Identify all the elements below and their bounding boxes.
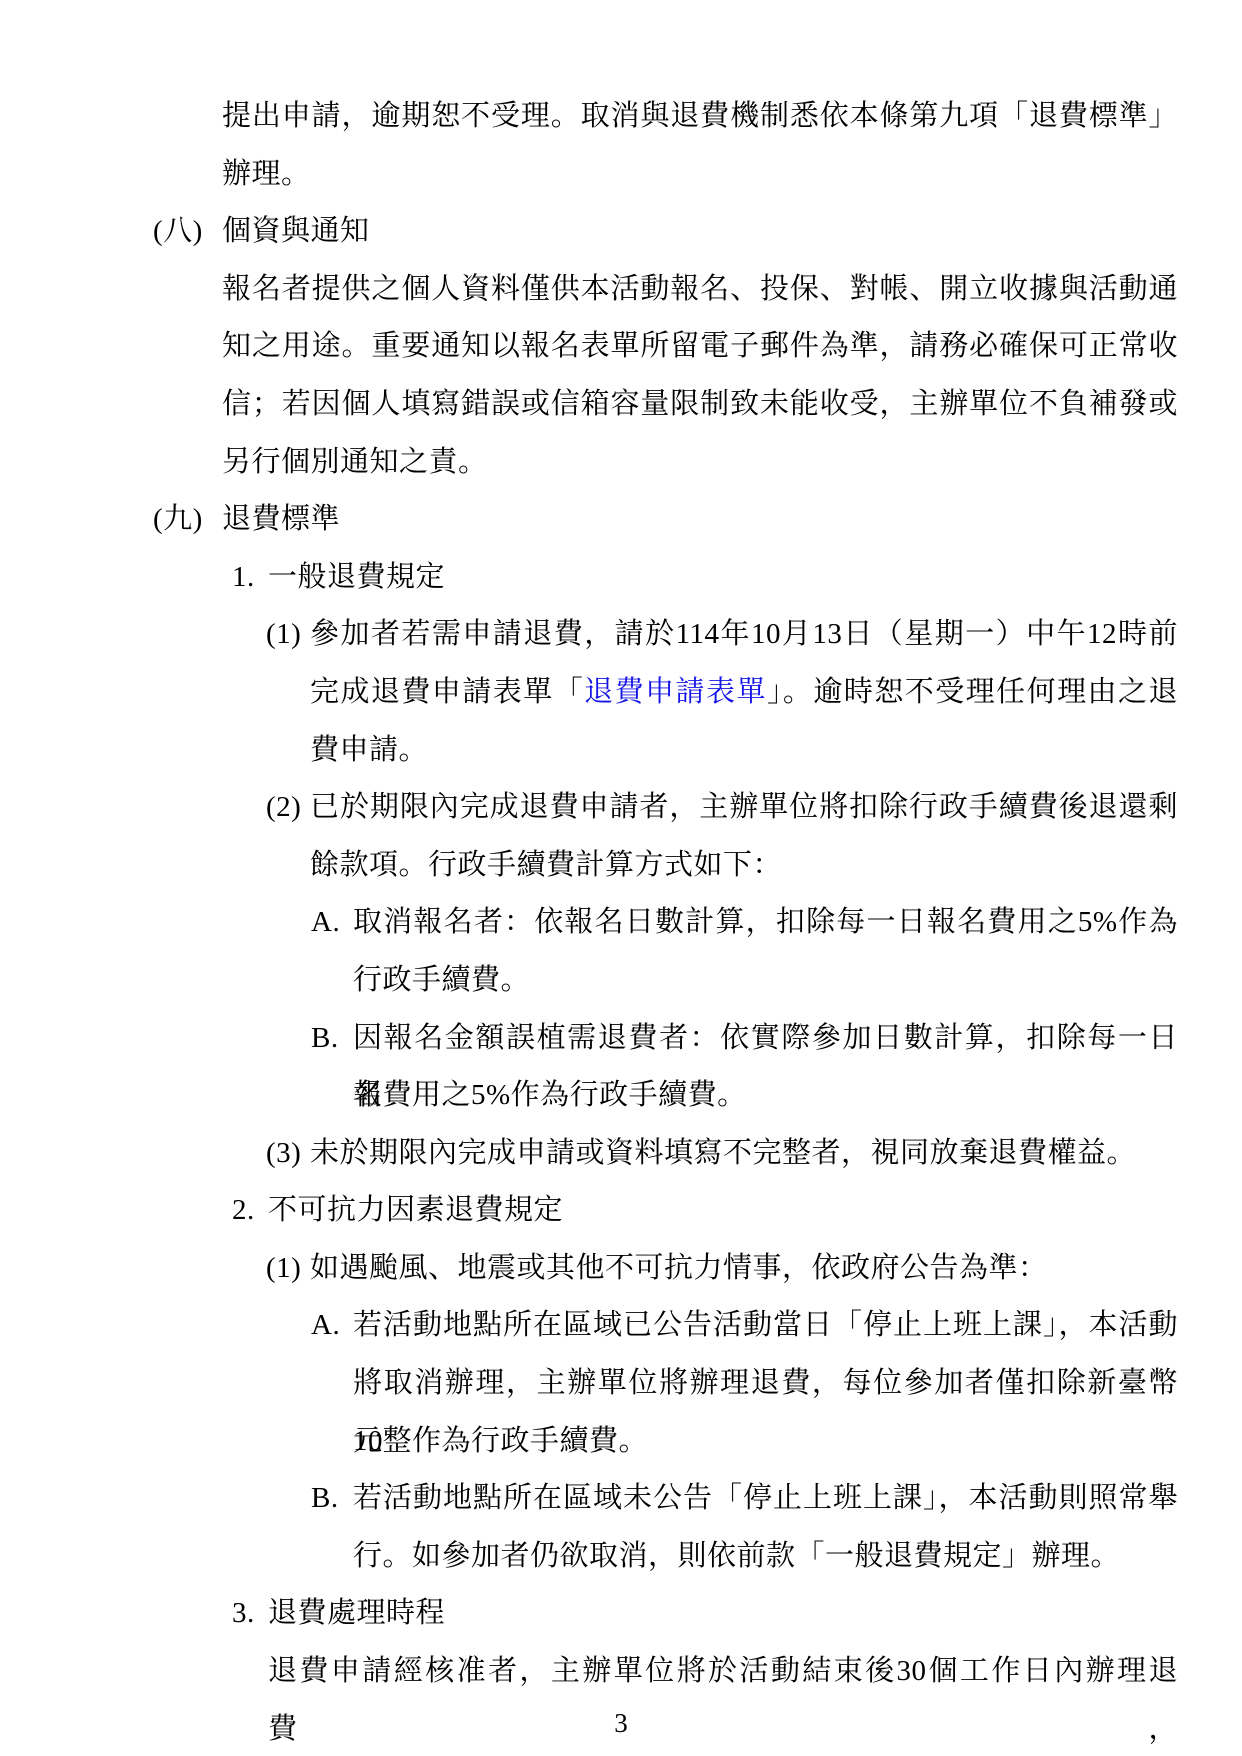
text-run: 提出申請，逾期恕不受理。取消與退費機制悉依本條第九項「退費標準」 xyxy=(222,100,1178,132)
text-run: 餘款項。行政手續費計算方式如下： xyxy=(310,849,782,881)
text-line: (1)如遇颱風、地震或其他不可抗力情事，依政府公告為準： xyxy=(0,1240,1178,1298)
text-run: 費申請。 xyxy=(310,734,428,766)
text-run: 名費用之5%作為行政手續費。 xyxy=(353,1079,747,1111)
text-line: 退費申請經核准者，主辦單位將於活動結束後30個工作日內辦理退費， xyxy=(0,1643,1178,1701)
list-marker: B. xyxy=(311,1470,339,1528)
text-run: 行。如參加者仍欲取消，則依前款「一般退費規定」辦理。 xyxy=(353,1540,1120,1572)
text-run: 已於期限內完成退費申請者，主辦單位將扣除行政手續費後退還剩 xyxy=(310,791,1178,823)
list-marker: A. xyxy=(311,1297,340,1355)
list-marker: A. xyxy=(311,894,340,952)
text-run: 若活動地點所在區域未公告「停止上班上課」，本活動則照常舉 xyxy=(353,1482,1178,1514)
text-run: 退費標準 xyxy=(222,503,340,535)
text-run: 信；若因個人填寫錯誤或信箱容量限制致未能收受，主辦單位不負補發或 xyxy=(222,388,1178,420)
text-line: 行政手續費。 xyxy=(0,952,1178,1010)
text-line: 報名者提供之個人資料僅供本活動報名、投保、對帳、開立收據與活動通 xyxy=(0,261,1178,319)
text-line: (九)退費標準 xyxy=(0,491,1178,549)
text-run: 一般退費規定 xyxy=(268,561,445,593)
text-run: 」。逾時恕不受理任何理由之退 xyxy=(767,676,1178,708)
text-line: A.若活動地點所在區域已公告活動當日「停止上班上課」，本活動 xyxy=(0,1297,1178,1355)
text-line: 餘款項。行政手續費計算方式如下： xyxy=(0,837,1178,895)
text-run: 完成退費申請表單「 xyxy=(310,676,584,708)
text-line: 將取消辦理，主辦單位將辦理退費，每位參加者僅扣除新臺幣10 xyxy=(0,1355,1178,1413)
text-run: 辦理。 xyxy=(222,158,311,190)
list-marker: 1. xyxy=(232,549,255,607)
text-line: 完成退費申請表單「退費申請表單」。逾時恕不受理任何理由之退 xyxy=(0,664,1178,722)
text-line: 元整作為行政手續費。 xyxy=(0,1413,1178,1471)
text-line: 2.不可抗力因素退費規定 xyxy=(0,1182,1178,1240)
text-line: 1.一般退費規定 xyxy=(0,549,1178,607)
text-run: 行政手續費。 xyxy=(353,964,530,996)
text-run: 參加者若需申請退費，請於114年10月13日（星期一）中午12時前 xyxy=(310,618,1178,650)
text-run: 元整作為行政手續費。 xyxy=(353,1425,648,1457)
text-line: (3)未於期限內完成申請或資料填寫不完整者，視同放棄退費權益。 xyxy=(0,1125,1178,1183)
text-line: (2)已於期限內完成退費申請者，主辦單位將扣除行政手續費後退還剩 xyxy=(0,779,1178,837)
text-run: 退費申請經核准者，主辦單位將於活動結束後30個工作日內辦理退費， xyxy=(268,1655,1178,1745)
list-marker: (八) xyxy=(153,203,203,261)
text-line: 3.退費處理時程 xyxy=(0,1585,1178,1643)
list-marker: (1) xyxy=(266,606,301,664)
list-marker: (九) xyxy=(153,491,203,549)
document-page: 提出申請，逾期恕不受理。取消與退費機制悉依本條第九項「退費標準」辦理。(八)個資… xyxy=(0,0,1242,1756)
document-lines: 提出申請，逾期恕不受理。取消與退費機制悉依本條第九項「退費標準」辦理。(八)個資… xyxy=(0,0,1242,1701)
list-marker: 2. xyxy=(232,1182,255,1240)
text-line: 提出申請，逾期恕不受理。取消與退費機制悉依本條第九項「退費標準」 xyxy=(0,88,1178,146)
text-line: B.若活動地點所在區域未公告「停止上班上課」，本活動則照常舉 xyxy=(0,1470,1178,1528)
text-run: 個資與通知 xyxy=(222,215,370,247)
text-run: 另行個別通知之責。 xyxy=(222,446,488,478)
text-run: 如遇颱風、地震或其他不可抗力情事，依政府公告為準： xyxy=(310,1252,1048,1284)
text-run: 未於期限內完成申請或資料填寫不完整者，視同放棄退費權益。 xyxy=(310,1137,1136,1169)
text-line: (1)參加者若需申請退費，請於114年10月13日（星期一）中午12時前 xyxy=(0,606,1178,664)
text-line: 費申請。 xyxy=(0,722,1178,780)
text-line: 行。如參加者仍欲取消，則依前款「一般退費規定」辦理。 xyxy=(0,1528,1178,1586)
list-marker: (3) xyxy=(266,1125,301,1183)
text-run: 不可抗力因素退費規定 xyxy=(268,1194,563,1226)
text-line: 另行個別通知之責。 xyxy=(0,434,1178,492)
text-line: A.取消報名者：依報名日數計算，扣除每一日報名費用之5%作為 xyxy=(0,894,1178,952)
text-run: 取消報名者：依報名日數計算，扣除每一日報名費用之5%作為 xyxy=(353,906,1178,938)
list-marker: B. xyxy=(311,1010,339,1068)
text-run: 退費處理時程 xyxy=(268,1597,445,1629)
list-marker: 3. xyxy=(232,1585,255,1643)
refund-form-link[interactable]: 退費申請表單 xyxy=(584,676,767,708)
text-line: (八)個資與通知 xyxy=(0,203,1178,261)
text-run: 知之用途。重要通知以報名表單所留電子郵件為準，請務必確保可正常收 xyxy=(222,330,1178,362)
text-run: 若活動地點所在區域已公告活動當日「停止上班上課」，本活動 xyxy=(353,1309,1178,1341)
list-marker: (2) xyxy=(266,779,301,837)
text-line: 知之用途。重要通知以報名表單所留電子郵件為準，請務必確保可正常收 xyxy=(0,318,1178,376)
text-line: 名費用之5%作為行政手續費。 xyxy=(0,1067,1178,1125)
text-line: 辦理。 xyxy=(0,146,1178,204)
text-line: B.因報名金額誤植需退費者：依實際參加日數計算，扣除每一日報 xyxy=(0,1010,1178,1068)
list-marker: (1) xyxy=(266,1240,301,1298)
text-run: 報名者提供之個人資料僅供本活動報名、投保、對帳、開立收據與活動通 xyxy=(222,273,1178,305)
text-line: 信；若因個人填寫錯誤或信箱容量限制致未能收受，主辦單位不負補發或 xyxy=(0,376,1178,434)
